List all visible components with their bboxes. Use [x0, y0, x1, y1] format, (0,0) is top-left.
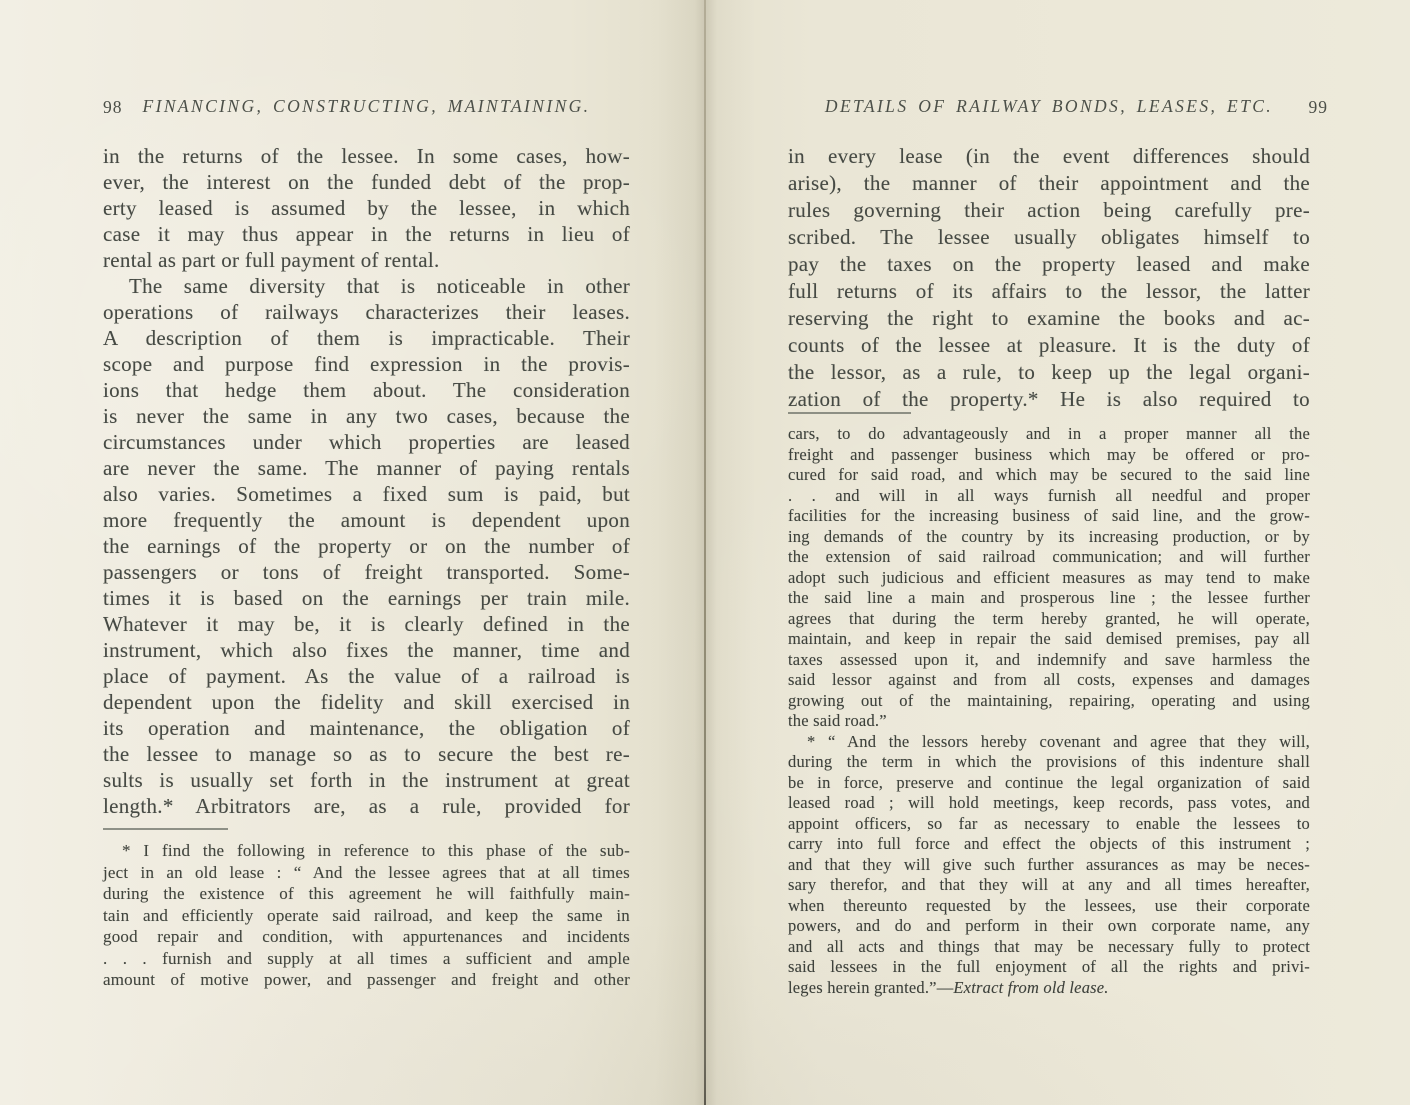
text-line: full returns of its affairs to the lesso… [788, 278, 1310, 305]
text-line: the earnings of the property or on the n… [103, 533, 630, 559]
running-header-right: DETAILS OF RAILWAY BONDS, LEASES, ETC. 9… [788, 96, 1310, 117]
text-line: passengers or tons of freight transporte… [103, 559, 630, 585]
text-line: dependent upon the fidelity and skill ex… [103, 689, 630, 715]
body-text-right: in every lease (in the event differences… [788, 143, 1310, 413]
text-line: place of payment. As the value of a rail… [103, 663, 630, 689]
page-number-right: 99 [1309, 97, 1329, 118]
text-line: during the existence of this agreement h… [103, 883, 630, 905]
text-line: arise), the manner of their appointment … [788, 170, 1310, 197]
text-line: growing out of the maintaining, repairin… [788, 691, 1310, 712]
text-line: facilities for the increasing business o… [788, 506, 1310, 527]
text-line: appoint officers, so far as necessary to… [788, 814, 1310, 835]
text-line: leased road ; will hold meetings, keep r… [788, 793, 1310, 814]
text-line: agrees that during the term hereby grant… [788, 609, 1310, 630]
text-line: be in force, preserve and continue the l… [788, 773, 1310, 794]
text-line: the lessor, as a rule, to keep up the le… [788, 359, 1310, 386]
text-line: * I find the following in reference to t… [103, 840, 630, 862]
text-line: when thereunto requested by the lessees,… [788, 896, 1310, 917]
text-line: the said road.” [788, 711, 1310, 732]
text-line: Whatever it may be, it is clearly define… [103, 611, 630, 637]
text-line: and all acts and things that may be nece… [788, 937, 1310, 958]
text-line: * “ And the lessors hereby covenant and … [788, 732, 1310, 753]
text-line: counts of the lessee at pleasure. It is … [788, 332, 1310, 359]
text-line: instrument, which also fixes the manner,… [103, 637, 630, 663]
text-line: . . . furnish and supply at all times a … [103, 948, 630, 970]
text-line: length.* Arbitrators are, as a rule, pro… [103, 793, 630, 819]
text-line: amount of motive power, and passenger an… [103, 969, 630, 991]
text-line: leges herein granted.”—Extract from old … [788, 978, 1310, 999]
text-line: freight and passenger business which may… [788, 445, 1310, 466]
page-right: DETAILS OF RAILWAY BONDS, LEASES, ETC. 9… [705, 0, 1410, 1105]
text-line: rental as part or full payment of rental… [103, 247, 630, 273]
text-line: The same diversity that is noticeable in… [103, 273, 630, 299]
text-line: ing demands of the country by its increa… [788, 527, 1310, 548]
text-line: and that they will give such further ass… [788, 855, 1310, 876]
body-text-left: in the returns of the lessee. In some ca… [103, 143, 630, 819]
text-line: scope and purpose find expression in the… [103, 351, 630, 377]
text-line: said lessor against and from all costs, … [788, 670, 1310, 691]
text-line: said lessees in the full enjoyment of al… [788, 957, 1310, 978]
text-line: cars, to do advantageously and in a prop… [788, 424, 1310, 445]
text-line: also varies. Sometimes a fixed sum is pa… [103, 481, 630, 507]
text-line: the lessee to manage so as to secure the… [103, 741, 630, 767]
text-line: powers, and do and perform in their own … [788, 916, 1310, 937]
text-line: circumstances under which properties are… [103, 429, 630, 455]
text-line: ions that hedge them about. The consider… [103, 377, 630, 403]
text-line: ject in an old lease : “ And the lessee … [103, 862, 630, 884]
text-line: sary therefor, and that they will at any… [788, 875, 1310, 896]
footnote-rule-left [103, 828, 228, 830]
running-head-title-left: FINANCING, CONSTRUCTING, MAINTAINING. [143, 96, 591, 116]
page-left: 98 FINANCING, CONSTRUCTING, MAINTAINING.… [0, 0, 700, 1105]
text-line: tain and efficiently operate said railro… [103, 905, 630, 927]
text-line: times it is based on the earnings per tr… [103, 585, 630, 611]
text-line: during the term in which the provisions … [788, 752, 1310, 773]
text-line: reserving the right to examine the books… [788, 305, 1310, 332]
footnote-right: cars, to do advantageously and in a prop… [788, 424, 1310, 998]
book-spread: 98 FINANCING, CONSTRUCTING, MAINTAINING.… [0, 0, 1410, 1105]
text-line: pay the taxes on the property leased and… [788, 251, 1310, 278]
text-line: case it may thus appear in the returns i… [103, 221, 630, 247]
text-line: cured for said road, and which may be se… [788, 465, 1310, 486]
text-line: erty leased is assumed by the lessee, in… [103, 195, 630, 221]
text-line: carry into full force and effect the obj… [788, 834, 1310, 855]
text-line: ever, the interest on the funded debt of… [103, 169, 630, 195]
running-head-title-right: DETAILS OF RAILWAY BONDS, LEASES, ETC. [825, 96, 1273, 116]
text-line: its operation and maintenance, the oblig… [103, 715, 630, 741]
footnote-rule-right [788, 412, 911, 414]
text-line: scribed. The lessee usually obligates hi… [788, 224, 1310, 251]
text-line: operations of railways characterizes the… [103, 299, 630, 325]
text-line: rules governing their action being caref… [788, 197, 1310, 224]
text-line: in the returns of the lessee. In some ca… [103, 143, 630, 169]
text-line: maintain, and keep in repair the said de… [788, 629, 1310, 650]
text-line: more frequently the amount is dependent … [103, 507, 630, 533]
text-line: the said line a main and prosperous line… [788, 588, 1310, 609]
text-line: are never the same. The manner of paying… [103, 455, 630, 481]
text-line: is never the same in any two cases, beca… [103, 403, 630, 429]
text-line: adopt such judicious and efficient measu… [788, 568, 1310, 589]
text-line: in every lease (in the event differences… [788, 143, 1310, 170]
text-line: the extension of said railroad communica… [788, 547, 1310, 568]
page-number-left: 98 [103, 97, 123, 118]
running-header-left: 98 FINANCING, CONSTRUCTING, MAINTAINING. [103, 96, 630, 117]
text-line: A description of them is impracticable. … [103, 325, 630, 351]
text-line: . . and will in all ways furnish all nee… [788, 486, 1310, 507]
footnote-left: * I find the following in reference to t… [103, 840, 630, 991]
text-line: taxes assessed upon it, and indemnify an… [788, 650, 1310, 671]
text-line: zation of the property.* He is also requ… [788, 386, 1310, 413]
text-line: good repair and condition, with appurten… [103, 926, 630, 948]
text-line: sults is usually set forth in the instru… [103, 767, 630, 793]
